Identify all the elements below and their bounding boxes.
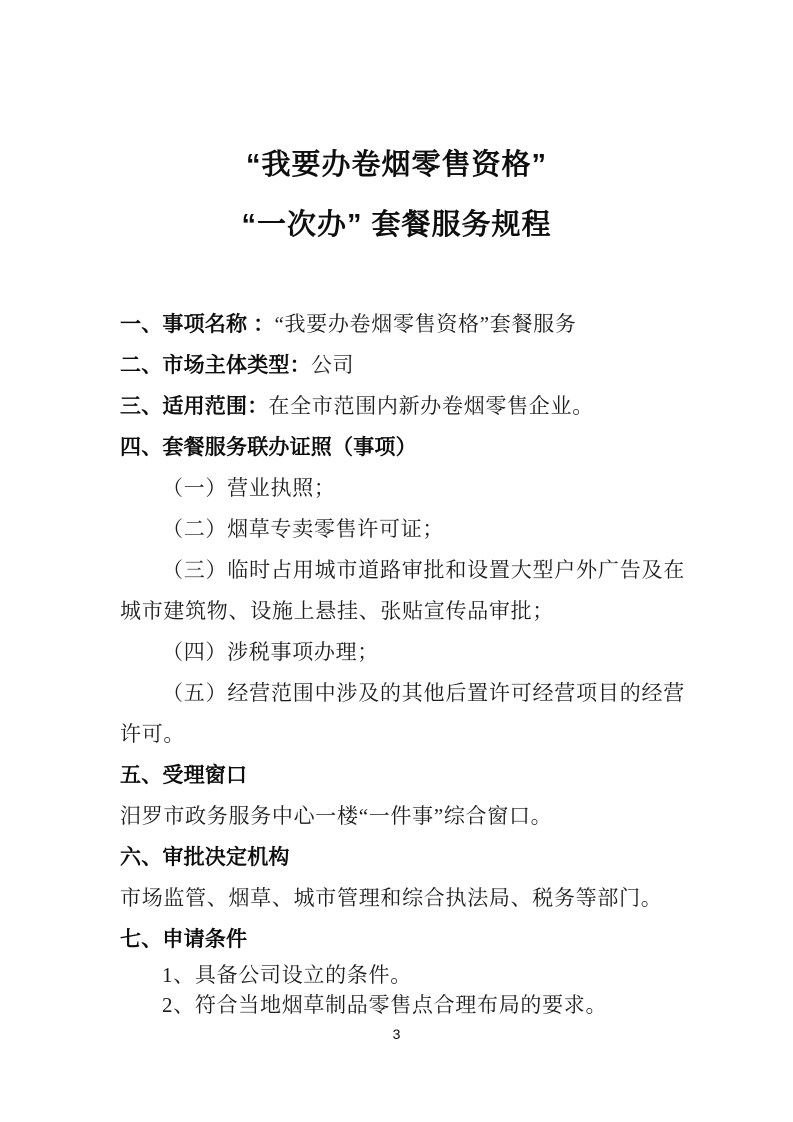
section-4-list-item-1: （一）营业执照； (120, 468, 685, 509)
section-4-list-item-3: （三）临时占用城市道路审批和设置大型户外广告及在城市建筑物、设施上悬挂、张贴宣传… (120, 550, 685, 632)
section-4-list-item-4: （四）涉税事项办理； (120, 632, 685, 673)
document-page: “我要办卷烟零售资格” “一次办” 套餐服务规程 一、事项名称 ：“我要办卷烟零… (0, 0, 793, 1122)
section-4-list-item-5: （五）经营范围中涉及的其他后置许可经营项目的经营许可。 (120, 673, 685, 755)
document-body: 一、事项名称 ：“我要办卷烟零售资格”套餐服务 二、市场主体类型：公司 三、适用… (120, 304, 685, 1020)
section-1-heading: 一、事项名称 ： (120, 313, 274, 336)
section-1-text: “我要办卷烟零售资格”套餐服务 (274, 312, 576, 336)
section-3-text: 在全市范围内新办卷烟零售企业。 (268, 394, 594, 418)
section-2-market-entity-type: 二、市场主体类型：公司 (120, 345, 685, 386)
section-1-item-name: 一、事项名称 ：“我要办卷烟零售资格”套餐服务 (120, 304, 685, 345)
section-3-scope: 三、适用范围：在全市范围内新办卷烟零售企业。 (120, 386, 685, 427)
section-2-heading: 二、市场主体类型： (120, 354, 311, 377)
title-line-2: “一次办” 套餐服务规程 (0, 207, 793, 243)
section-4-heading: 四、套餐服务联办证照（事项） (120, 427, 685, 468)
title-line-1: “我要办卷烟零售资格” (0, 147, 793, 183)
section-5-heading: 五、受理窗口 (120, 755, 685, 796)
section-7-list-item-1: 1、具备公司设立的条件。 (120, 960, 685, 990)
section-2-text: 公司 (311, 353, 354, 377)
section-7-heading: 七、申请条件 (120, 919, 685, 960)
section-6-text: 市场监管、烟草、城市管理和综合执法局、税务等部门。 (120, 878, 685, 919)
section-7-list-item-2: 2、符合当地烟草制品零售点合理布局的要求。 (120, 990, 685, 1020)
section-5-text: 汨罗市政务服务中心一楼“一件事”综合窗口。 (120, 796, 685, 837)
section-6-heading: 六、审批决定机构 (120, 837, 685, 878)
page-number: 3 (0, 1026, 793, 1042)
section-3-heading: 三、适用范围： (120, 395, 268, 418)
document-title: “我要办卷烟零售资格” “一次办” 套餐服务规程 (0, 0, 793, 243)
section-4-list-item-2: （二）烟草专卖零售许可证； (120, 509, 685, 550)
